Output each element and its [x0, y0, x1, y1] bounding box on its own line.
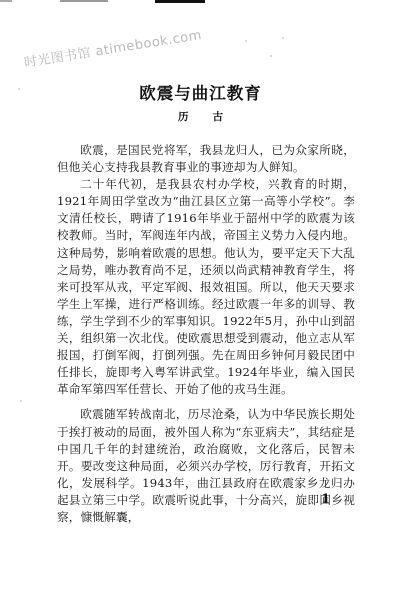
scan-speck [20, 400, 22, 402]
page-number: 1 [321, 492, 330, 507]
scan-speck [270, 55, 272, 57]
author-char: 古 [213, 111, 224, 123]
article-title: 欧震与曲江教育 [0, 80, 401, 104]
scan-speck [18, 88, 20, 90]
scan-speck [222, 497, 224, 499]
watermark: 时光图书馆 atimebook.com [23, 24, 203, 71]
scan-speck [245, 40, 247, 42]
paragraph: 欧震，是国民党将军，我县龙归人，已为众家所晓，但他关心支持我县教育事业的事迹却为… [57, 142, 355, 176]
paragraph: 二十年代初，是我县农村办学校，兴教育的时期，1921年周田学堂改为“曲江县区立第… [57, 176, 355, 398]
article-author: 历古 [0, 109, 401, 124]
scan-speck [162, 495, 164, 497]
scan-edge-mark [0, 0, 12, 2]
paragraph: 欧震随军转战南北，历尽沧桑，认为中华民族长期处于挨打被动的局面，被外国人称为“东… [57, 406, 355, 526]
scan-speck [282, 37, 284, 39]
author-char: 历 [178, 111, 189, 123]
scan-edge-mark [155, 0, 205, 3]
scan-speck [190, 502, 192, 504]
scan-edge-mark [60, 0, 108, 2]
article-body: 欧震，是国民党将军，我县龙归人，已为众家所晓，但他关心支持我县教育事业的事迹却为… [57, 142, 355, 526]
